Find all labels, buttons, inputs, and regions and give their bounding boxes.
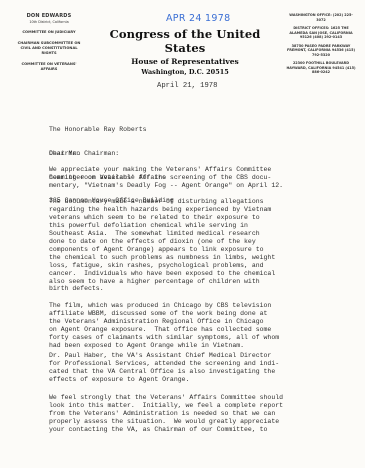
letterhead-right-column: WASHINGTON OFFICE: (202) 225-3072 DISTRI… <box>285 13 357 79</box>
paragraph: We feel strongly that the Veterans' Affa… <box>49 394 283 434</box>
masthead-house: House of Representatives <box>100 57 270 66</box>
address-line: The Honorable Ray Roberts <box>49 126 174 134</box>
masthead: Congress of the United States House of R… <box>100 27 270 76</box>
office-san-jose: DISTRICT OFFICES: 1625 THE ALAMEDA SAN J… <box>285 26 357 40</box>
office-fremont: 38750 PASEO PADRE PARKWAY FREMONT, CALIF… <box>285 44 357 58</box>
salutation: Dear Mr. Chairman: <box>49 150 119 157</box>
letter-page: DON EDWARDS 10th District, California CO… <box>0 0 365 468</box>
paragraph: The film, which was produced in Chicago … <box>49 302 279 350</box>
masthead-city: Washington, D.C. 20515 <box>100 68 270 76</box>
committee-veterans: COMMITTEE ON VETERANS' AFFAIRS <box>14 62 84 72</box>
office-washington: WASHINGTON OFFICE: (202) 225-3072 <box>285 13 357 22</box>
member-district: 10th District, California <box>14 20 84 24</box>
received-date-stamp: APR 24 1978 <box>166 13 230 24</box>
office-hayward: 22300 FOOTHILL BOULEVARD HAYWARD, CALIFO… <box>285 61 357 75</box>
paragraph: We appreciate your making the Veterans' … <box>49 166 283 190</box>
paragraph: The documentary made a number of disturb… <box>49 198 275 293</box>
member-name: DON EDWARDS <box>14 13 84 19</box>
letterhead-left-column: DON EDWARDS 10th District, California CO… <box>14 13 84 72</box>
committee-judiciary: COMMITTEE ON JUDICIARY <box>14 30 84 35</box>
paragraph: Dr. Paul Haber, the VA's Assistant Chief… <box>49 352 279 384</box>
masthead-congress: Congress of the United States <box>100 27 270 55</box>
committee-civil-rights: CHAIRMAN SUBCOMMITTEE ON CIVIL AND CONST… <box>14 41 84 56</box>
letter-date: April 21, 1978 <box>157 82 217 90</box>
